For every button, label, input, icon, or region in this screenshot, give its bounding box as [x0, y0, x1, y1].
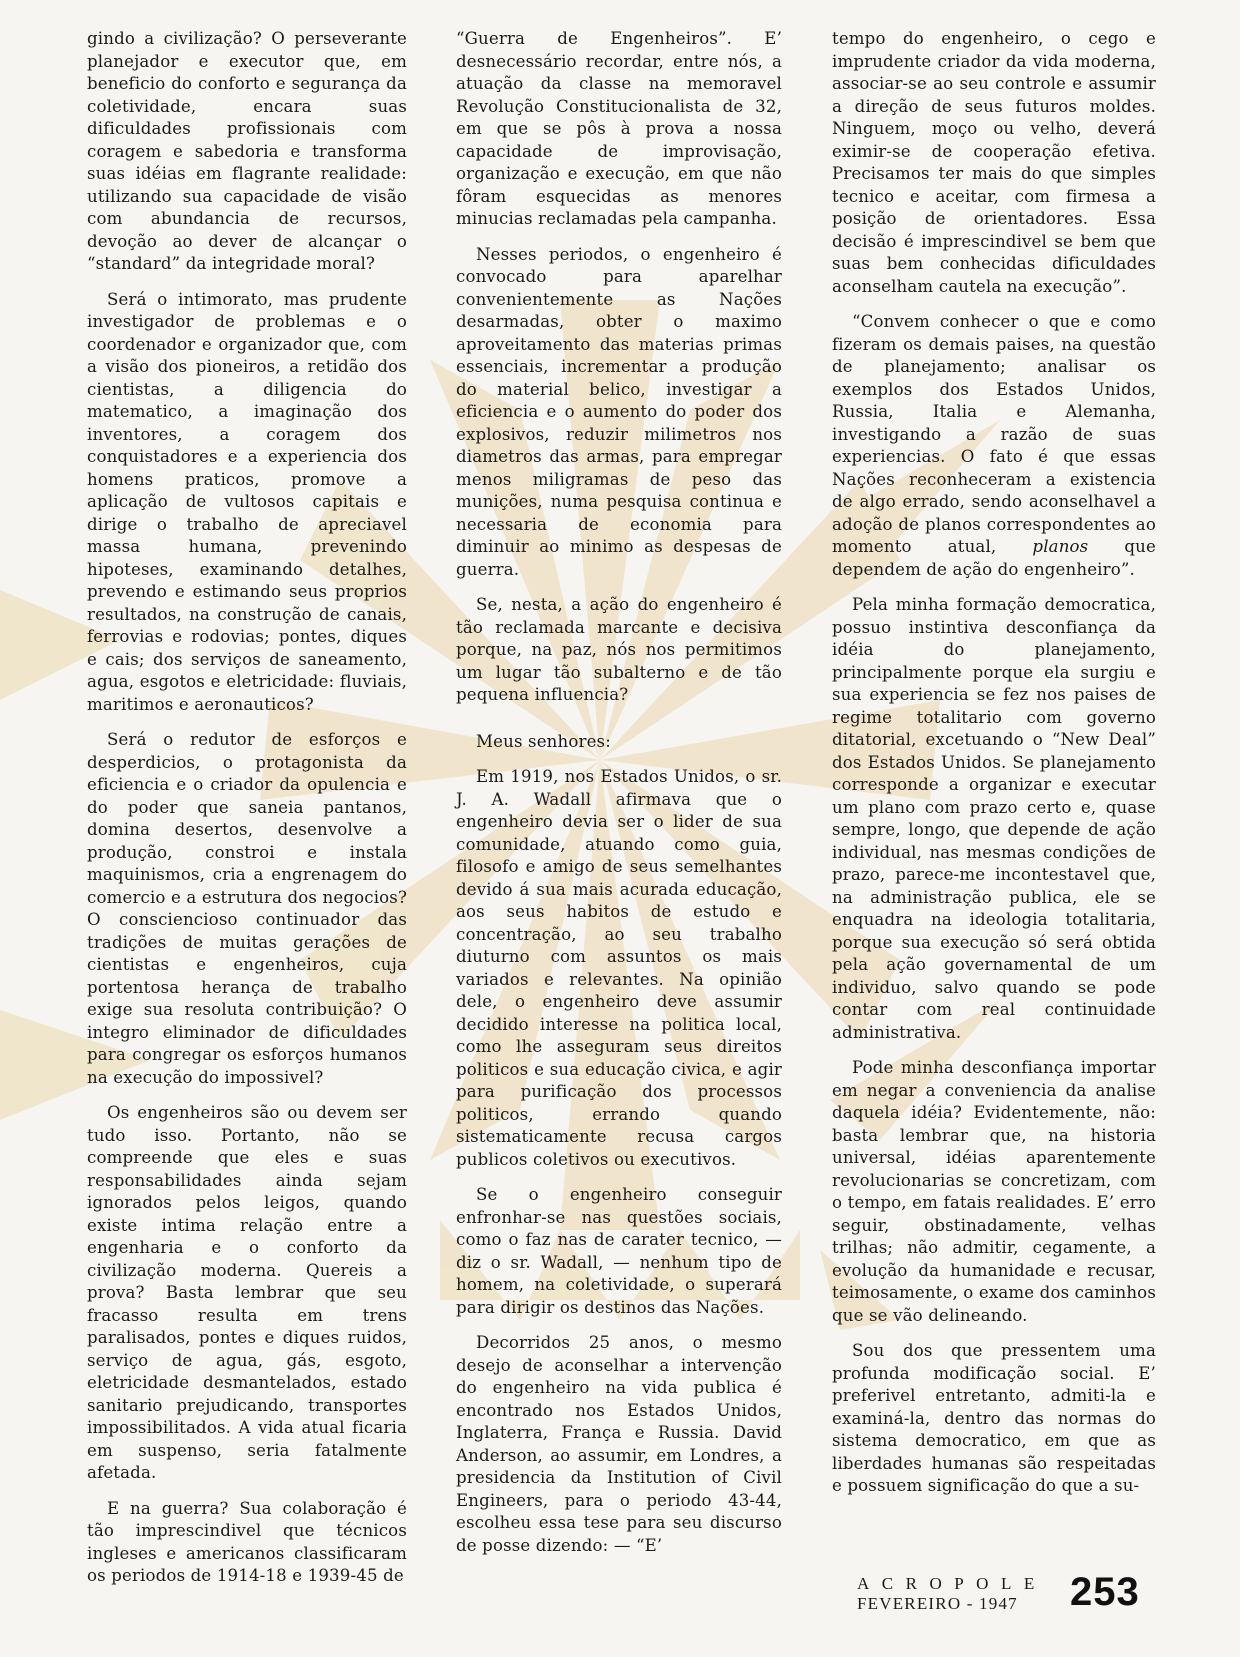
text-column-2: “Guerra de Engenheiros”. E’ desnecessári… [456, 28, 782, 1570]
paragraph-text: “Convem conhecer o que e como fizeram os… [832, 312, 1156, 556]
paragraph: Os engenheiros são ou devem ser tudo iss… [87, 1102, 407, 1485]
paragraph: gindo a civilização? O perseverante plan… [87, 28, 407, 276]
paragraph: Sou dos que pressentem uma profunda modi… [832, 1340, 1156, 1498]
paragraph: E na guerra? Sua colaboração é tão impre… [87, 1498, 407, 1588]
magazine-title: ACROPOLE [857, 1574, 1047, 1594]
paragraph: “Convem conhecer o que e como fizeram os… [832, 311, 1156, 581]
paragraph: Em 1919, nos Estados Unidos, o sr. J. A.… [456, 766, 782, 1171]
issue-date: FEVEREIRO - 1947 [857, 1594, 1018, 1614]
emphasized-word: planos [1032, 537, 1088, 556]
paragraph: Será o redutor de esforços e desperdicio… [87, 729, 407, 1089]
paragraph: Se o engenheiro conseguir enfronhar-se n… [456, 1184, 782, 1319]
magazine-page: gindo a civilização? O perseverante plan… [0, 0, 1240, 1657]
paragraph: Será o intimorato, mas prudente investig… [87, 289, 407, 717]
page-footer: ACROPOLE FEVEREIRO - 1947 253 [857, 1574, 1157, 1634]
paragraph: Nesses periodos, o engenheiro é convocad… [456, 244, 782, 582]
paragraph: Decorridos 25 anos, o mesmo desejo de ac… [456, 1332, 782, 1557]
text-column-1: gindo a civilização? O perseverante plan… [87, 28, 407, 1601]
paragraph: “Guerra de Engenheiros”. E’ desnecessári… [456, 28, 782, 231]
page-number: 253 [1070, 1570, 1140, 1615]
paragraph: tempo do engenheiro, o cego e imprudente… [832, 28, 1156, 298]
paragraph: Se, nesta, a ação do engenheiro é tão re… [456, 594, 782, 707]
text-column-3: tempo do engenheiro, o cego e imprudente… [832, 28, 1156, 1511]
paragraph: Pela minha formação democratica, possuo … [832, 594, 1156, 1044]
paragraph: Pode minha desconfiança importar em nega… [832, 1057, 1156, 1327]
salutation: Meus senhores: [456, 731, 782, 754]
